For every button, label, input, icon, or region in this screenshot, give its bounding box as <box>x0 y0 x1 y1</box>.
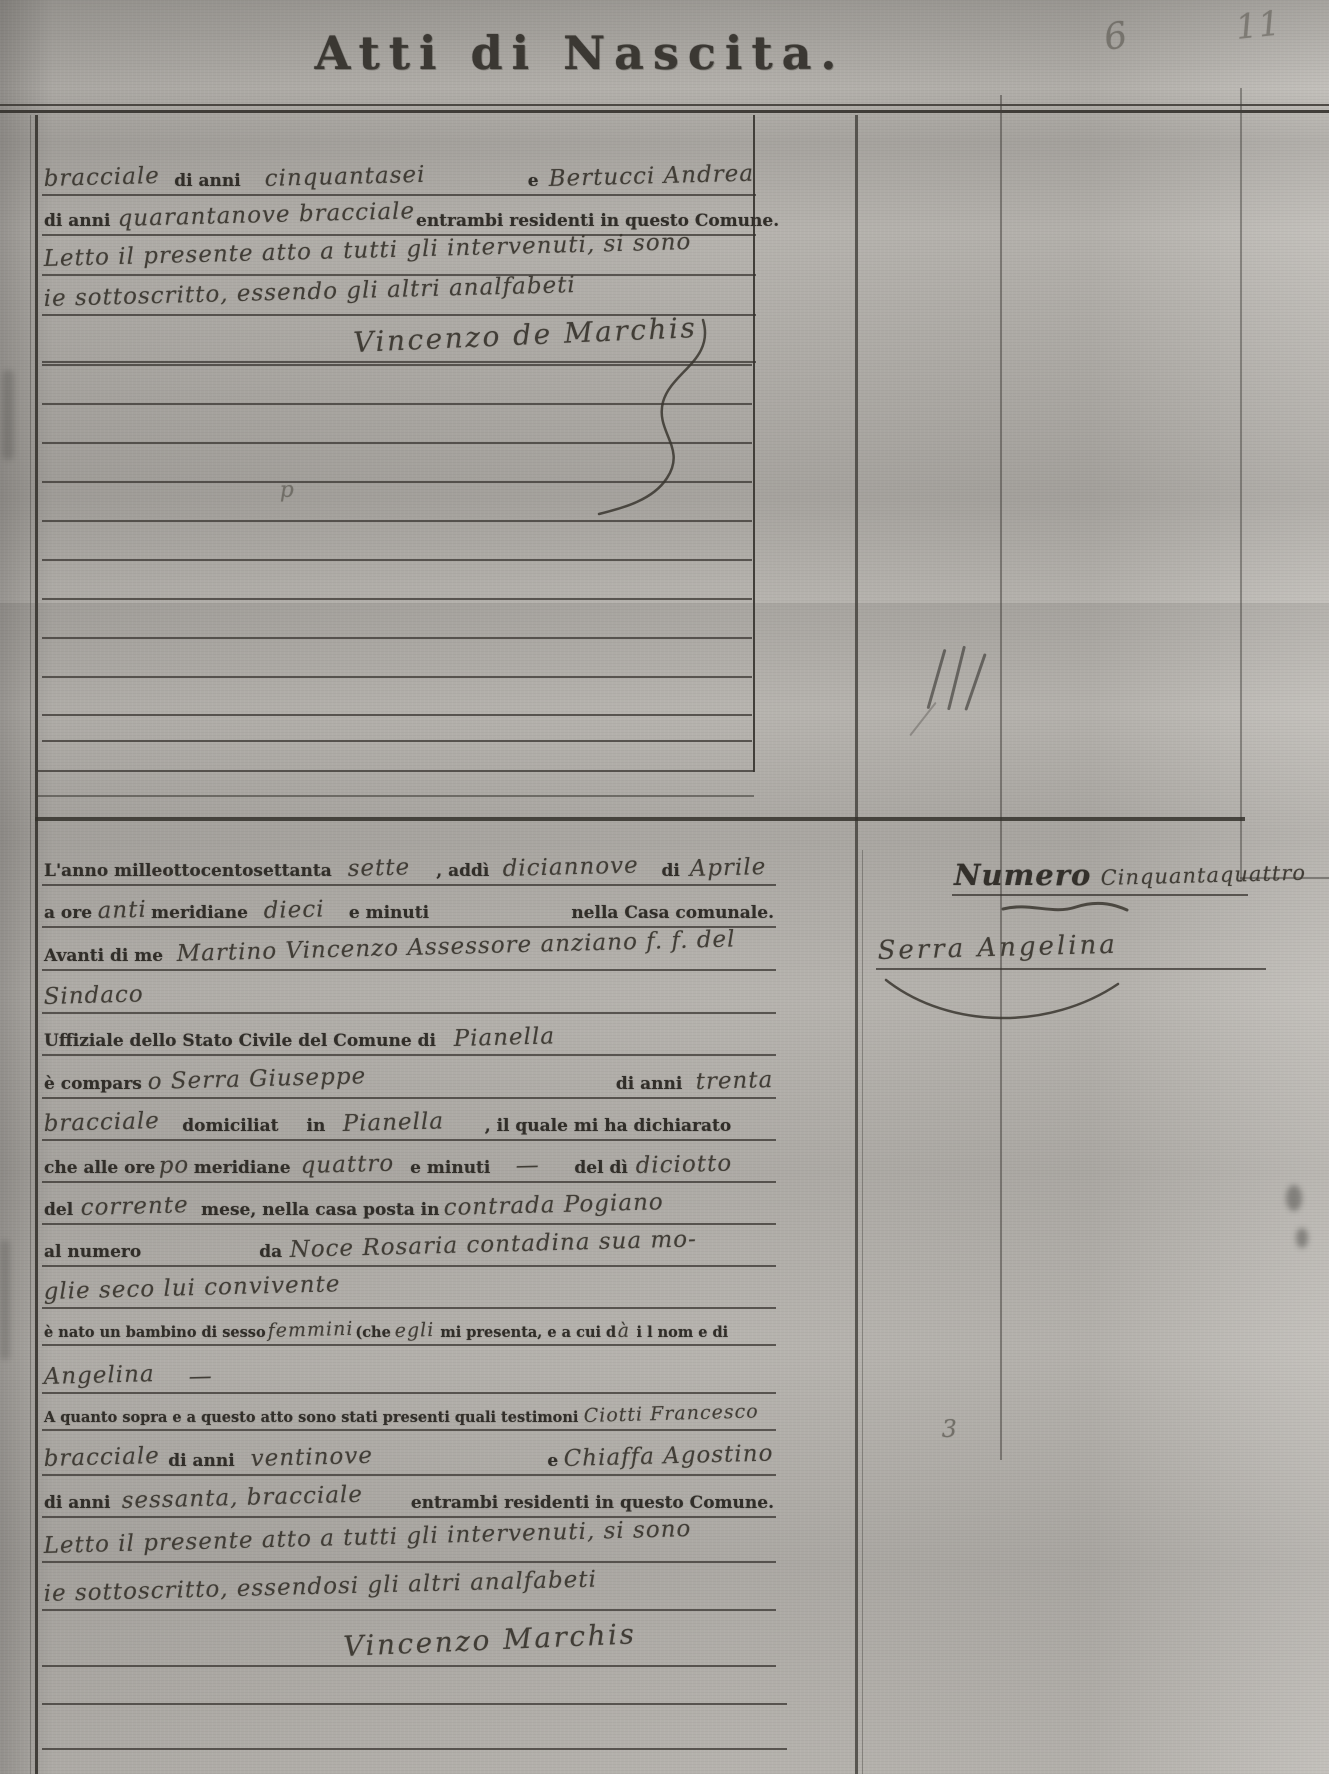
margin-name-line: Serra Angelina <box>876 936 1266 970</box>
handwritten-text: anti <box>97 897 147 924</box>
handwritten-text: bracciale <box>43 163 160 192</box>
birth-record-scan: Atti di Nascita. 6 11 bracciale di anni … <box>0 0 1329 1774</box>
folio-mark-right: 11 <box>1234 3 1283 48</box>
record-line: è compars o Serra Giuseppe di anni trent… <box>42 1069 776 1099</box>
printed-text: di <box>661 861 679 881</box>
handwritten-text: femmini <box>267 1318 353 1342</box>
stray-ink-mark: p <box>279 478 295 503</box>
margin-flourish <box>880 972 1130 1028</box>
child-name-note: Serra Angelina <box>877 930 1118 966</box>
printed-text: è compars <box>44 1074 142 1094</box>
printed-text: entrambi residenti in questo Comune. <box>416 211 779 231</box>
blank-line <box>42 714 752 716</box>
printed-text: i l nom e di <box>637 1324 729 1341</box>
printed-text: di anni <box>616 1074 682 1094</box>
handwritten-text: diciannove <box>503 852 640 882</box>
margin-rule-line <box>1000 95 1002 1460</box>
printed-text: domiciliat <box>182 1116 278 1136</box>
handwritten-text: Chiaffa Agostino <box>564 1441 774 1472</box>
page-fold-line <box>855 115 858 1774</box>
handwritten-text: Aprile <box>689 854 766 882</box>
blank-line <box>42 740 752 742</box>
printed-text: e minuti <box>349 903 429 923</box>
printed-text: L'anno milleottocentosettanta <box>44 861 332 881</box>
record-line: a ore anti meridiane dieci e minuti nell… <box>42 898 776 928</box>
record-line: bracciale di anni cinquantasei e Bertucc… <box>42 166 756 196</box>
record-line: bracciale domiciliat in Pianella , il qu… <box>42 1111 776 1141</box>
blank-line <box>38 770 754 772</box>
printed-text: che alle ore <box>44 1158 155 1178</box>
stray-ink-mark: 3 <box>941 1415 958 1443</box>
printed-text: e <box>528 171 539 191</box>
handwritten-text: o Serra Giuseppe <box>147 1063 366 1095</box>
handwritten-text: Noce Rosaria contadina sua mo- <box>289 1226 697 1263</box>
record-line: Vincenzo Marchis <box>42 1630 776 1667</box>
printed-text: in <box>307 1116 326 1136</box>
handwritten-text: Sindaco <box>43 981 144 1010</box>
handwritten-text: ie sottoscritto, essendo gli altri analf… <box>43 272 576 312</box>
handwritten-text: Bertucci Andrea <box>548 161 754 192</box>
title-rule-top <box>0 104 1329 106</box>
record-line: che alle ore po meridiane quattro e minu… <box>42 1153 776 1183</box>
right-edge-line <box>1240 88 1242 882</box>
handwritten-text: quarantanove bracciale <box>118 198 416 232</box>
record-line: Avanti di me Martino Vincenzo Assessore … <box>42 941 776 971</box>
handwritten-text: dieci <box>263 896 325 924</box>
section-divider <box>35 817 1245 821</box>
printed-text: mese, nella casa posta in <box>201 1200 439 1220</box>
printed-text: a ore <box>44 903 92 923</box>
printed-text: è nato un bambino di sesso <box>44 1324 266 1341</box>
numero-value: Cinquantaquattro <box>1101 861 1307 890</box>
printed-text: mi presenta, e a cui d <box>440 1324 616 1341</box>
handwritten-text: cinquantasei <box>264 162 425 192</box>
record-line: Letto il presente atto a tutti gli inter… <box>42 1533 776 1563</box>
printed-text: (che <box>355 1324 390 1341</box>
printed-text: e <box>547 1451 558 1471</box>
official-signature: Vincenzo Marchis <box>343 1617 637 1663</box>
handwritten-text: Ciotti Francesco <box>584 1400 760 1427</box>
printed-text: e minuti <box>410 1158 490 1178</box>
record-line: A quanto sopra e a questo atto sono stat… <box>42 1405 776 1431</box>
printed-text: del <box>44 1200 73 1220</box>
handwritten-text: trenta <box>696 1067 774 1095</box>
handwritten-text: Angelina <box>43 1361 155 1390</box>
record-line: Letto il presente atto a tutti gli inter… <box>42 246 756 276</box>
hatch-mark <box>909 702 936 736</box>
handwritten-text: à <box>618 1320 631 1342</box>
hatch-mark <box>927 649 947 709</box>
blank-line <box>38 795 754 797</box>
numero-label: Numero <box>954 858 1091 892</box>
page-fold-line-2 <box>862 850 863 1774</box>
record-line: glie seco lui convivente <box>42 1279 776 1309</box>
blank-line <box>42 1748 787 1750</box>
printed-text: di anni <box>44 211 110 231</box>
record-line: Angelina — <box>42 1364 776 1394</box>
handwritten-text: sessanta, bracciale <box>122 1482 364 1514</box>
blank-line <box>42 676 752 678</box>
record-line: bracciale di anni ventinove e Chiaffa Ag… <box>42 1446 776 1476</box>
handwritten-text: ventinove <box>250 1443 373 1472</box>
record-line: è nato un bambino di sesso femmini (che … <box>42 1320 776 1346</box>
scan-smudge <box>1286 1185 1302 1211</box>
printed-text: meridiane <box>151 903 248 923</box>
record-line: al numero da Noce Rosaria contadina sua … <box>42 1237 776 1267</box>
scan-smudge <box>1296 1228 1308 1248</box>
printed-text: di anni <box>168 1451 234 1471</box>
printed-text: Uffiziale dello Stato Civile del Comune … <box>44 1031 436 1051</box>
printed-text: , il quale mi ha dichiarato <box>485 1116 731 1136</box>
printed-text: di anni <box>174 171 240 191</box>
record-frame-left-border <box>35 115 38 1774</box>
margin-number-line: Numero Cinquantaquattro <box>952 858 1248 896</box>
printed-text: nella Casa comunale. <box>571 903 774 923</box>
handwritten-text: Pianella <box>343 1108 445 1137</box>
printed-text: al numero <box>44 1242 141 1262</box>
handwritten-text: — <box>188 1363 213 1390</box>
printed-text: A quanto sopra e a questo atto sono stat… <box>44 1409 578 1426</box>
handwritten-text: egli <box>394 1319 434 1342</box>
blank-line <box>42 598 752 600</box>
scan-smudge <box>2 370 14 460</box>
record-line: ie sottoscritto, essendo gli altri analf… <box>42 286 756 316</box>
handwritten-text: Martino Vincenzo Assessore anziano f. f.… <box>176 926 735 967</box>
handwritten-text: glie seco lui convivente <box>43 1271 340 1305</box>
printed-text: da <box>259 1242 282 1262</box>
blank-line <box>42 637 752 639</box>
printed-text: di anni <box>44 1493 110 1513</box>
handwritten-text: Pianella <box>453 1023 555 1052</box>
hatch-mark <box>964 653 986 711</box>
blank-line <box>42 520 752 522</box>
handwritten-text: bracciale <box>43 1108 160 1137</box>
handwritten-text: sette <box>347 854 410 882</box>
numero-underline-squiggle <box>1000 900 1130 916</box>
record-line: di anni sessanta, bracciale entrambi res… <box>42 1488 776 1518</box>
handwritten-text: ie sottoscritto, essendosi gli altri ana… <box>43 1567 597 1607</box>
scan-smudge <box>0 1240 10 1360</box>
record-line: ie sottoscritto, essendosi gli altri ana… <box>42 1581 776 1611</box>
record-line: Sindaco <box>42 984 776 1014</box>
page-title: Atti di Nascita. <box>0 26 1160 80</box>
pen-flourish <box>575 318 715 518</box>
handwritten-text: bracciale <box>43 1443 160 1472</box>
record-line: L'anno milleottocentosettanta sette , ad… <box>42 856 776 886</box>
handwritten-text: quattro <box>300 1151 394 1179</box>
printed-text: del dì <box>574 1158 627 1178</box>
handwritten-text: po <box>159 1152 190 1179</box>
blank-line <box>42 1703 787 1705</box>
record-line: Uffiziale dello Stato Civile del Comune … <box>42 1026 776 1056</box>
hatch-mark <box>947 646 966 711</box>
printed-text: meridiane <box>194 1158 291 1178</box>
handwritten-text: Letto il presente atto a tutti gli inter… <box>43 1516 691 1559</box>
printed-text: entrambi residenti in questo Comune. <box>411 1493 774 1513</box>
handwritten-text: corrente <box>80 1192 189 1221</box>
handwritten-text: diciotto <box>635 1150 732 1179</box>
left-border-shadow <box>30 115 31 1774</box>
handwritten-text: contrada Pogiano <box>443 1189 664 1221</box>
blank-line <box>42 559 752 561</box>
handwritten-text: — <box>516 1152 541 1179</box>
record-line: del corrente mese, nella casa posta in c… <box>42 1195 776 1225</box>
printed-text: Avanti di me <box>44 946 163 966</box>
printed-text: , addì <box>436 861 489 881</box>
title-rule-bottom <box>0 110 1329 113</box>
